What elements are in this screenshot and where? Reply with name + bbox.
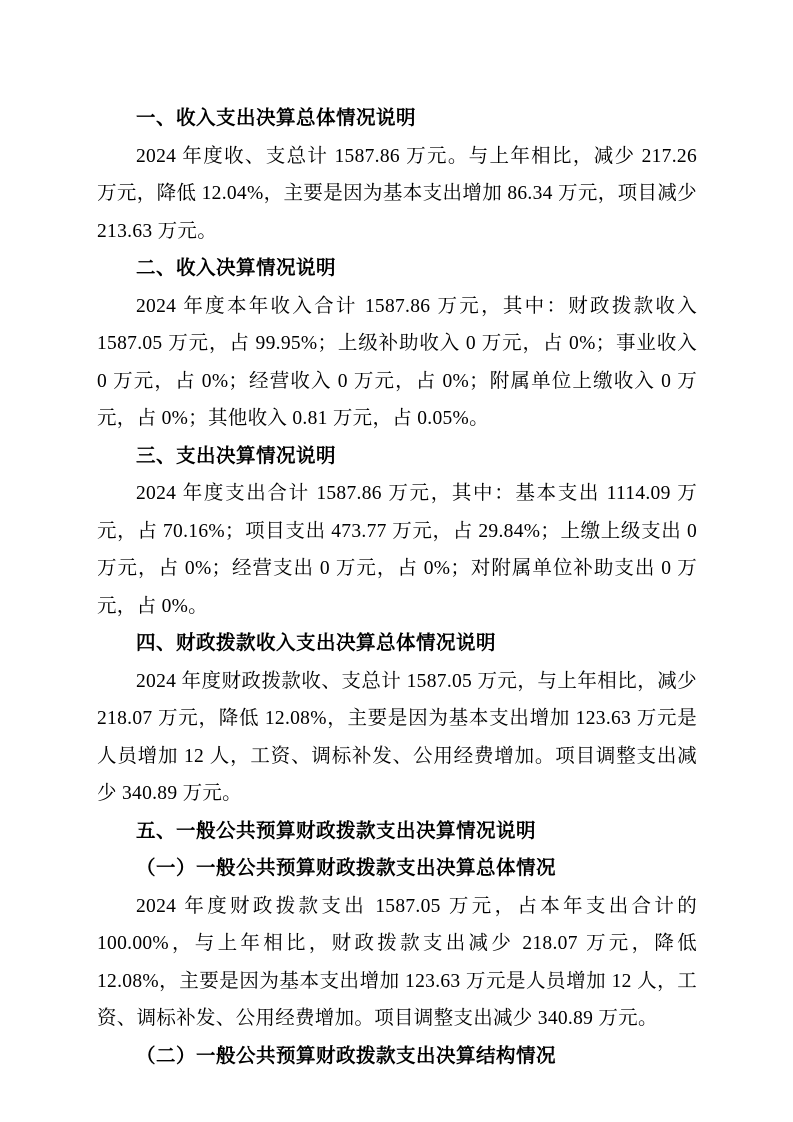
document-body: 一、收入支出决算总体情况说明 2024 年度收、支总计 1587.86 万元。与…	[97, 100, 697, 1075]
section-2-paragraph: 2024 年度本年收入合计 1587.86 万元，其中：财政拨款收入 1587.…	[97, 288, 697, 438]
section-4-heading: 四、财政拨款收入支出决算总体情况说明	[97, 625, 697, 663]
section-3-paragraph: 2024 年度支出合计 1587.86 万元，其中：基本支出 1114.09 万…	[97, 475, 697, 625]
section-5-subheading-2: （二）一般公共预算财政拨款支出决算结构情况	[97, 1038, 697, 1076]
section-1-heading: 一、收入支出决算总体情况说明	[97, 100, 697, 138]
section-5-paragraph: 2024 年度财政拨款支出 1587.05 万元，占本年支出合计的 100.00…	[97, 888, 697, 1038]
section-3-heading: 三、支出决算情况说明	[97, 438, 697, 476]
section-5-heading: 五、一般公共预算财政拨款支出决算情况说明	[97, 813, 697, 851]
section-2-heading: 二、收入决算情况说明	[97, 250, 697, 288]
section-1-paragraph: 2024 年度收、支总计 1587.86 万元。与上年相比，减少 217.26 …	[97, 138, 697, 251]
section-5-subheading-1: （一）一般公共预算财政拨款支出决算总体情况	[97, 850, 697, 888]
section-4-paragraph: 2024 年度财政拨款收、支总计 1587.05 万元，与上年相比，减少 218…	[97, 663, 697, 813]
document-page: 一、收入支出决算总体情况说明 2024 年度收、支总计 1587.86 万元。与…	[0, 0, 793, 1122]
